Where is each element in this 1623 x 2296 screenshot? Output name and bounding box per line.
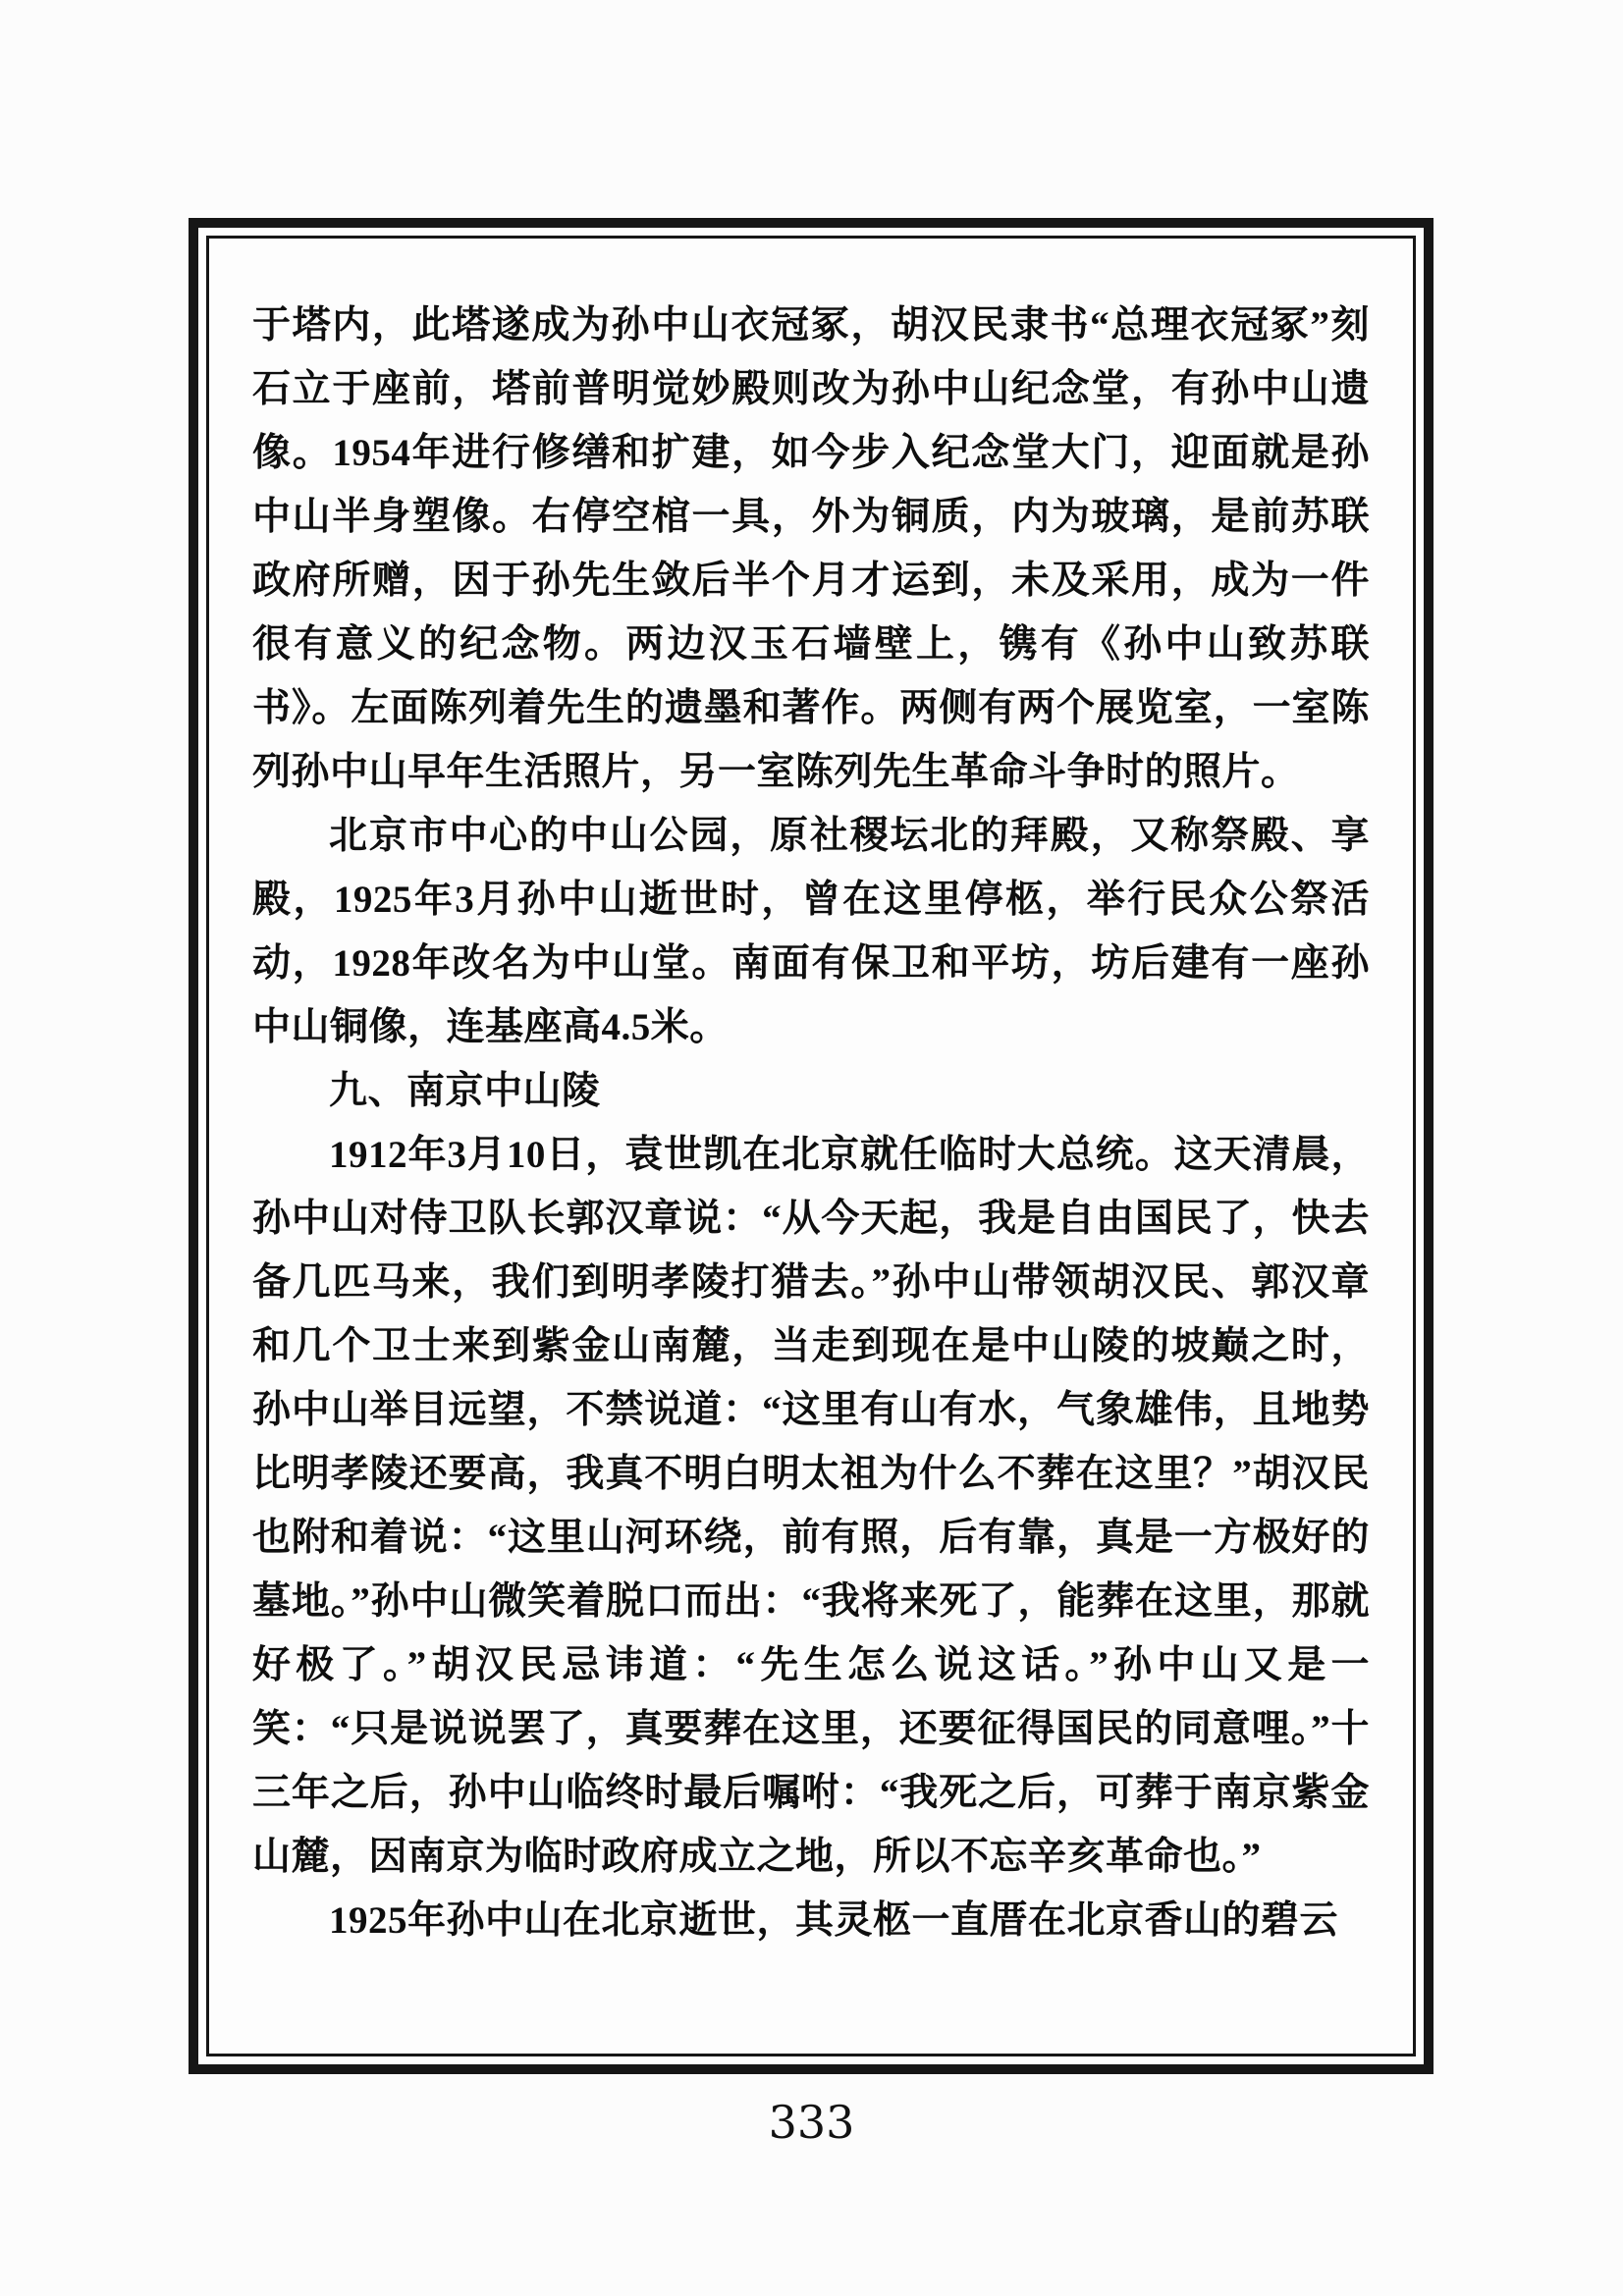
section-heading-nanjing-zhongshanling: 九、南京中山陵 [252, 1059, 1370, 1123]
book-page: 于塔内，此塔遂成为孙中山衣冠冢，胡汉民隶书“总理衣冠冢”刻石立于座前，塔前普明觉… [0, 0, 1623, 2296]
page-number: 333 [0, 2096, 1623, 2149]
page-inner-border: 于塔内，此塔遂成为孙中山衣冠冢，胡汉民隶书“总理衣冠冢”刻石立于座前，塔前普明觉… [206, 236, 1416, 2056]
paragraph-1925-cutoff: 1925年孙中山在北京逝世，其灵柩一直厝在北京香山的碧云 [252, 1889, 1370, 1952]
text-block: 于塔内，此塔遂成为孙中山衣冠冢，胡汉民隶书“总理衣冠冢”刻石立于座前，塔前普明觉… [252, 294, 1370, 1952]
paragraph-continuation: 于塔内，此塔遂成为孙中山衣冠冢，胡汉民隶书“总理衣冠冢”刻石立于座前，塔前普明觉… [252, 294, 1370, 804]
paragraph-1912-story: 1912年3月10日，袁世凯在北京就任临时大总统。这天清晨，孙中山对侍卫队长郭汉… [252, 1123, 1370, 1889]
page-outer-border: 于塔内，此塔遂成为孙中山衣冠冢，胡汉民隶书“总理衣冠冢”刻石立于座前，塔前普明觉… [189, 218, 1434, 2074]
paragraph-beijing-zhongshan-park: 北京市中心的中山公园，原社稷坛北的拜殿，又称祭殿、享殿，1925年3月孙中山逝世… [252, 804, 1370, 1059]
